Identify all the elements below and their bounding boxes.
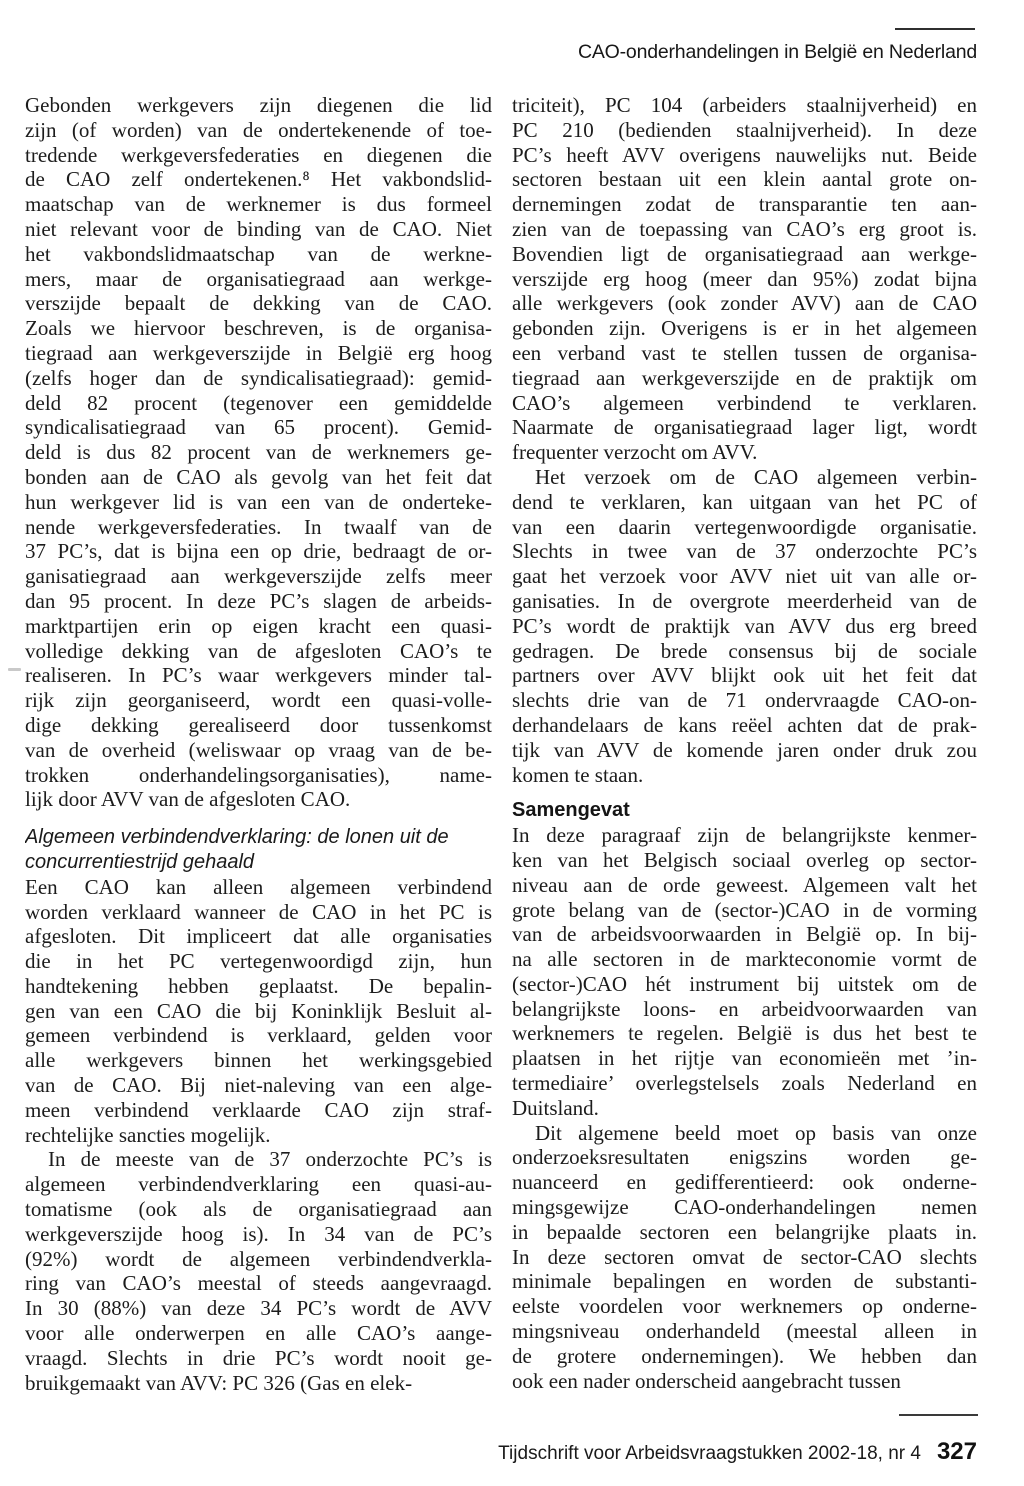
text-line: concurrentiestrijd gehaald xyxy=(25,850,492,875)
page-header-title: CAO-onderhandelingen in België en Nederl… xyxy=(462,41,977,64)
text-line: meen verbindend verklaarde CAO zijn stra… xyxy=(25,1098,492,1123)
text-line: een verband vast te stellen tussen de or… xyxy=(512,341,977,366)
text-line: hun werkgever lid is van een van de onde… xyxy=(25,490,492,515)
journal-page: CAO-onderhandelingen in België en Nederl… xyxy=(0,0,1024,1486)
text-line: rechtelijke sancties mogelijk. xyxy=(25,1123,492,1148)
footer-journal-line: Tijdschrift voor Arbeidsvraagstukken 200… xyxy=(498,1443,921,1464)
paragraph-binding: Gebonden werkgevers zijn diegenen die li… xyxy=(25,93,492,812)
section-heading-samengevat: Samengevat xyxy=(512,798,977,823)
text-line: Een CAO kan alleen algemeen verbindend xyxy=(25,875,492,900)
text-line: nende werkgeversfederaties. In twaalf va… xyxy=(25,515,492,540)
text-line: tomatisme (ook als de organisatiegraad a… xyxy=(25,1197,492,1222)
text-line: gedragen. De brede consensus bij de soci… xyxy=(512,639,977,664)
text-line: marktpartijen erin op eigen kracht een q… xyxy=(25,614,492,639)
text-line: van de arbeidsvoorwaarden in België op. … xyxy=(512,922,977,947)
text-line: lijk door AVV van de afgesloten CAO. xyxy=(25,787,492,812)
text-line: zien van de toepassing van CAO’s erg gro… xyxy=(512,217,977,242)
text-line: gen van een CAO die bij Koninklijk Beslu… xyxy=(25,999,492,1024)
text-line: 37 PC’s, dat is bijna een op drie, bedra… xyxy=(25,539,492,564)
text-line: onderzoeksresultaten enigszins worden ge… xyxy=(512,1145,977,1170)
text-line: derhandelaars de kans reëel achten dat d… xyxy=(512,713,977,738)
text-line: deld 82 procent (tegenover een gemiddeld… xyxy=(25,391,492,416)
text-line: dernemingen zodat de transparantie ten a… xyxy=(512,192,977,217)
text-line: nuanceerd en gedifferentieerd: ook onder… xyxy=(512,1170,977,1195)
text-line: plaatsen in het rijtje van economieën me… xyxy=(512,1046,977,1071)
text-line: mers, maar de organisatiegraad aan werkg… xyxy=(25,267,492,292)
text-line: mingsgewijze CAO-onderhandelingen nemen xyxy=(512,1195,977,1220)
text-line: sectoren bestaan uit een klein aantal gr… xyxy=(512,167,977,192)
text-line: Naarmate de organisatiegraad lager ligt,… xyxy=(512,415,977,440)
text-line: ganisaties. In de overgrote meerderheid … xyxy=(512,589,977,614)
text-line: Samengevat xyxy=(512,798,977,823)
text-line: dan 95 procent. In deze PC’s slagen de a… xyxy=(25,589,492,614)
text-line: triciteit), PC 104 (arbeiders staalnijve… xyxy=(512,93,977,118)
text-line: tredende werkgeversfederaties en diegene… xyxy=(25,143,492,168)
text-line: werkgeverszijde hoog is). In 34 van de P… xyxy=(25,1222,492,1247)
text-line: van de overheid (weliswaar op vraag van … xyxy=(25,738,492,763)
text-line: belangrijkste loons- en arbeidvoorwaarde… xyxy=(512,997,977,1022)
text-line: Zoals we hiervoor beschreven, is de orga… xyxy=(25,316,492,341)
text-line: gebonden zijn. Overigens is er in het al… xyxy=(512,316,977,341)
text-line: Dit algemene beeld moet op basis van onz… xyxy=(512,1121,977,1146)
paragraph-avv-praktijk: In de meeste van de 37 onderzochte PC’s … xyxy=(25,1147,492,1395)
text-line: dige dekking gerealiseerd door tussenkom… xyxy=(25,713,492,738)
text-line: werknemers te regelen. België is dus het… xyxy=(512,1021,977,1046)
text-line: deld is dus 82 procent van de werknemers… xyxy=(25,440,492,465)
footer: Tijdschrift voor Arbeidsvraagstukken 200… xyxy=(0,1438,977,1466)
text-line: dend te verklaren, kan uitgaan van het P… xyxy=(512,490,977,515)
body-text: Gebonden werkgevers zijn diegenen die li… xyxy=(25,93,977,1395)
text-line: maatschap van de werknemer is dus formee… xyxy=(25,192,492,217)
text-line: zijn (of worden) van de ondertekenende o… xyxy=(25,118,492,143)
scan-artifact-dash xyxy=(8,668,21,671)
text-line: CAO’s algemeen verbindend te verklaren. xyxy=(512,391,977,416)
text-line: In deze paragraaf zijn de belangrijkste … xyxy=(512,823,977,848)
text-line: verszijde bepaalt de dekking van de CAO. xyxy=(25,291,492,316)
text-line: grote belang van de (sector-)CAO in de v… xyxy=(512,898,977,923)
text-line: handtekening hebben geplaatst. De bepali… xyxy=(25,974,492,999)
text-line: voor alle onderwerpen en alle CAO’s aang… xyxy=(25,1321,492,1346)
text-line: niet relevant voor de binding van de CAO… xyxy=(25,217,492,242)
text-line: worden verklaard wanneer de CAO in het P… xyxy=(25,900,492,925)
text-line: partners over AVV blijkt ook uit het fei… xyxy=(512,663,977,688)
text-line: tiegraad aan werkgeverszijde in België e… xyxy=(25,341,492,366)
text-line: eelste voordelen voor werknemers op onde… xyxy=(512,1294,977,1319)
text-line: trokken onderhandelingsorganisaties), na… xyxy=(25,763,492,788)
paragraph-sectoren: triciteit), PC 104 (arbeiders staalnijve… xyxy=(512,93,977,465)
text-line: ganisatiegraad aan werkgeverszijde zelfs… xyxy=(25,564,492,589)
text-line: de CAO zelf ondertekenen.⁸ Het vakbondsl… xyxy=(25,167,492,192)
text-line: In deze sectoren omvat de sector-CAO sle… xyxy=(512,1245,977,1270)
footer-rule xyxy=(899,1414,978,1416)
text-line: syndicalisatiegraad van 65 procent). Gem… xyxy=(25,415,492,440)
text-line: PC’s heeft AVV overigens nauwelijks nut.… xyxy=(512,143,977,168)
text-line: tiegraad aan werkgeverszijde en de prakt… xyxy=(512,366,977,391)
text-line: ook een nader onderscheid aangebracht tu… xyxy=(512,1369,977,1394)
text-line: In 30 (88%) van deze 34 PC’s wordt de AV… xyxy=(25,1296,492,1321)
footer-page-number: 327 xyxy=(937,1438,977,1465)
text-line: verszijde erg hoog (meer dan 95%) zodat … xyxy=(512,267,977,292)
text-line: die in het PC vertegenwoordigd zijn, hun xyxy=(25,949,492,974)
text-line: (sector-)CAO hét instrument bij uitstek … xyxy=(512,972,977,997)
text-line: rijk zijn georganiseerd, wordt een quasi… xyxy=(25,688,492,713)
text-line: mingsniveau onderhandeld (meestal alleen… xyxy=(512,1319,977,1344)
text-line: Duitsland. xyxy=(512,1096,977,1121)
text-line: algemeen verbindendverklaring een quasi-… xyxy=(25,1172,492,1197)
text-line: afgesloten. Dit impliceert dat alle orga… xyxy=(25,924,492,949)
text-line: na alle sectoren in de markteconomie vor… xyxy=(512,947,977,972)
text-line: tijk van AVV de komende jaren onder druk… xyxy=(512,738,977,763)
text-line: (zelfs hoger dan de syndicalisatiegraad)… xyxy=(25,366,492,391)
paragraph-verzoek: Het verzoek om de CAO algemeen verbin-de… xyxy=(512,465,977,787)
text-line: bruikgemaakt van AVV: PC 326 (Gas en ele… xyxy=(25,1371,492,1396)
text-line: komen te staan. xyxy=(512,763,977,788)
text-line: van een daarin vertegenwoordigde organis… xyxy=(512,515,977,540)
text-line: In de meeste van de 37 onderzochte PC’s … xyxy=(25,1147,492,1172)
text-line: alle werkgevers binnen het werkingsgebie… xyxy=(25,1048,492,1073)
text-line: minimale bepalingen en worden de substan… xyxy=(512,1269,977,1294)
text-line: Bovendien ligt de organisatiegraad aan w… xyxy=(512,242,977,267)
column-right: triciteit), PC 104 (arbeiders staalnijve… xyxy=(512,93,977,1395)
text-line: frequenter verzocht om AVV. xyxy=(512,440,977,465)
paragraph-samenvatting: In deze paragraaf zijn de belangrijkste … xyxy=(512,823,977,1121)
text-line: volledige dekking van de afgesloten CAO’… xyxy=(25,639,492,664)
column-left: Gebonden werkgevers zijn diegenen die li… xyxy=(25,93,492,1395)
text-line: bonden aan de CAO als gevolg van het fei… xyxy=(25,465,492,490)
text-line: termediaire’ overlegstelsels zoals Neder… xyxy=(512,1071,977,1096)
subsection-heading-avv: Algemeen verbindendverklaring: de lonen … xyxy=(25,825,492,875)
text-line: van de CAO. Bij niet-naleving van een al… xyxy=(25,1073,492,1098)
text-line: de grotere ondernemingen). We hebben dan xyxy=(512,1344,977,1369)
text-line: ken van het Belgisch sociaal overleg op … xyxy=(512,848,977,873)
paragraph-avv-regels: Een CAO kan alleen algemeen verbindendwo… xyxy=(25,875,492,1148)
text-line: het vakbondslidmaatschap van de werkne- xyxy=(25,242,492,267)
text-line: alle werkgevers (ook zonder AVV) aan de … xyxy=(512,291,977,316)
text-line: Gebonden werkgevers zijn diegenen die li… xyxy=(25,93,492,118)
text-line: gaat het verzoek voor AVV niet uit van a… xyxy=(512,564,977,589)
text-line: PC’s wordt de praktijk van AVV dus erg b… xyxy=(512,614,977,639)
paragraph-nuancering: Dit algemene beeld moet op basis van onz… xyxy=(512,1121,977,1394)
text-line: Slechts in twee van de 37 onderzochte PC… xyxy=(512,539,977,564)
header-rule xyxy=(895,28,975,30)
text-line: PC 210 (bedienden staalnijverheid). In d… xyxy=(512,118,977,143)
text-line: vraagd. Slechts in drie PC’s wordt nooit… xyxy=(25,1346,492,1371)
text-line: gemeen verbindend is verklaard, gelden v… xyxy=(25,1023,492,1048)
text-line: Algemeen verbindendverklaring: de lonen … xyxy=(25,825,492,850)
text-line: ring van CAO’s meestal of steeds aangevr… xyxy=(25,1271,492,1296)
text-line: Het verzoek om de CAO algemeen verbin- xyxy=(512,465,977,490)
text-line: niveau aan de orde geweest. Algemeen val… xyxy=(512,873,977,898)
text-line: realiseren. In PC’s waar werkgevers mind… xyxy=(25,663,492,688)
text-line: (92%) wordt de algemeen verbindendverkla… xyxy=(25,1247,492,1272)
text-line: in bepaalde sectoren een belangrijke pla… xyxy=(512,1220,977,1245)
text-line: slechts drie van de 71 ondervraagde CAO-… xyxy=(512,688,977,713)
